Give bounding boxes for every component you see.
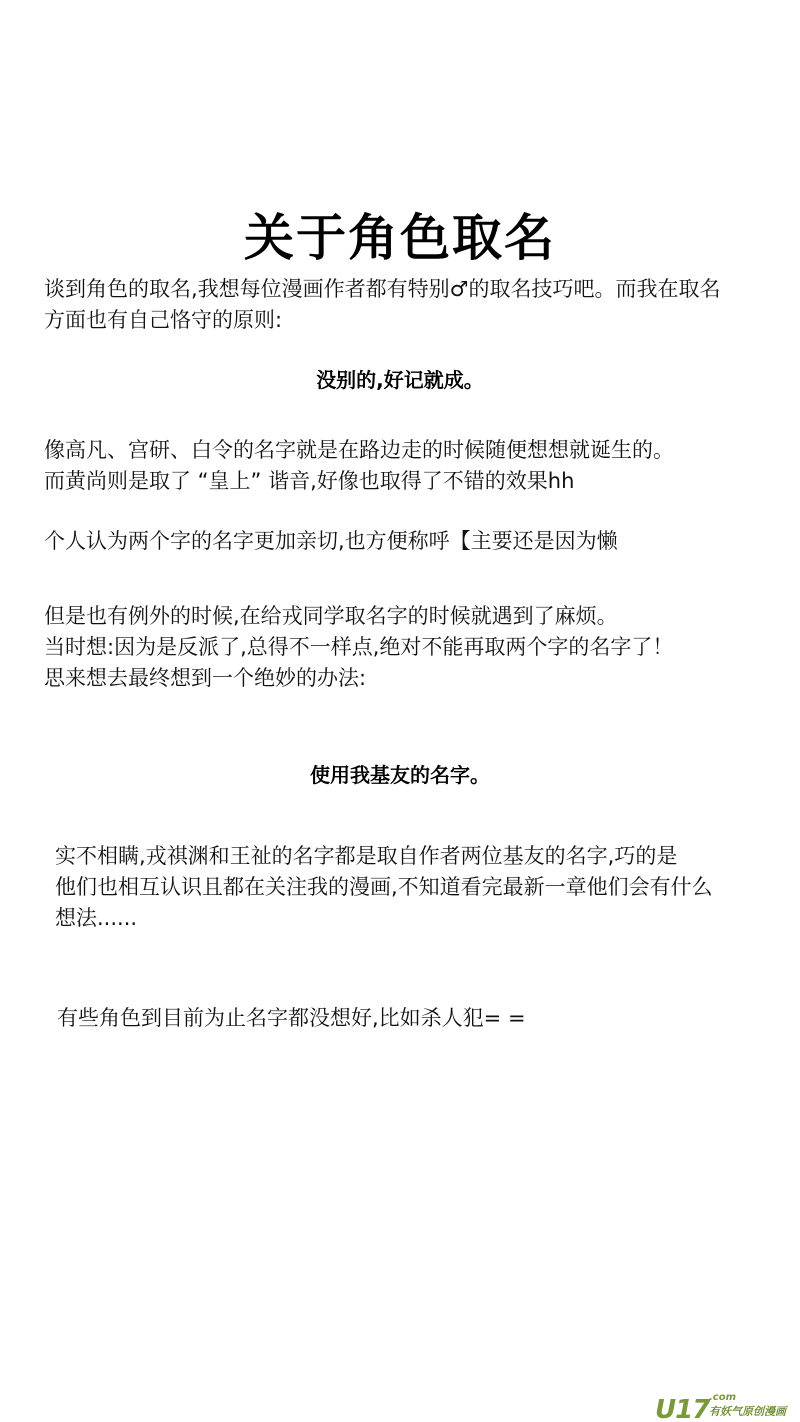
page-title: 关于角色取名 bbox=[0, 206, 800, 270]
exception-line-1: 但是也有例外的时候,在给戎同学取名字的时候就遇到了麻烦。 bbox=[44, 601, 673, 632]
closing-paragraph: 有些角色到目前为止名字都没想好,比如杀人犯= = bbox=[57, 1003, 526, 1034]
brand-slogan: 有妖气原创漫画 bbox=[709, 1405, 786, 1419]
brand-logo-text: U17 bbox=[655, 1398, 709, 1422]
intro-line-1: 谈到角色的取名,我想每位漫画作者都有特别♂的取名技巧吧。而我在取名 bbox=[44, 274, 721, 305]
solution-emphasis: 使用我基友的名字。 bbox=[0, 761, 800, 789]
two-char-line-1: 个人认为两个字的名字更加亲切,也方便称呼【主要还是因为懒 bbox=[44, 526, 618, 557]
intro-paragraph: 谈到角色的取名,我想每位漫画作者都有特别♂的取名技巧吧。而我在取名 方面也有自己… bbox=[44, 274, 721, 336]
closing-line-1: 有些角色到目前为止名字都没想好,比如杀人犯= = bbox=[57, 1003, 526, 1034]
principle-emphasis: 没别的,好记就成。 bbox=[0, 366, 800, 394]
names-origin-line-2: 而黄尚则是取了 “皇上” 谐音,好像也取得了不错的效果hh bbox=[44, 466, 674, 497]
friends-line-1: 实不相瞒,戎祺渊和王祉的名字都是取自作者两位基友的名字,巧的是 bbox=[55, 841, 713, 872]
two-char-paragraph: 个人认为两个字的名字更加亲切,也方便称呼【主要还是因为懒 bbox=[44, 526, 618, 557]
friends-line-3: 想法...... bbox=[55, 903, 713, 934]
u17-watermark-logo: U17 .com 有妖气原创漫画 bbox=[655, 1392, 800, 1422]
brand-domain: .com bbox=[709, 1392, 736, 1404]
friends-paragraph: 实不相瞒,戎祺渊和王祉的名字都是取自作者两位基友的名字,巧的是 他们也相互认识且… bbox=[55, 841, 713, 934]
exception-line-2: 当时想:因为是反派了,总得不一样点,绝对不能再取两个字的名字了！ bbox=[44, 632, 673, 663]
names-origin-paragraph: 像高凡、宫研、白令的名字就是在路边走的时候随便想想就诞生的。 而黄尚则是取了 “… bbox=[44, 435, 674, 497]
exception-line-3: 思来想去最终想到一个绝妙的办法: bbox=[44, 663, 673, 694]
friends-line-2: 他们也相互认识且都在关注我的漫画,不知道看完最新一章他们会有什么 bbox=[55, 872, 713, 903]
intro-line-2: 方面也有自己恪守的原则: bbox=[44, 305, 721, 336]
names-origin-line-1: 像高凡、宫研、白令的名字就是在路边走的时候随便想想就诞生的。 bbox=[44, 435, 674, 466]
exception-paragraph: 但是也有例外的时候,在给戎同学取名字的时候就遇到了麻烦。 当时想:因为是反派了,… bbox=[44, 601, 673, 694]
